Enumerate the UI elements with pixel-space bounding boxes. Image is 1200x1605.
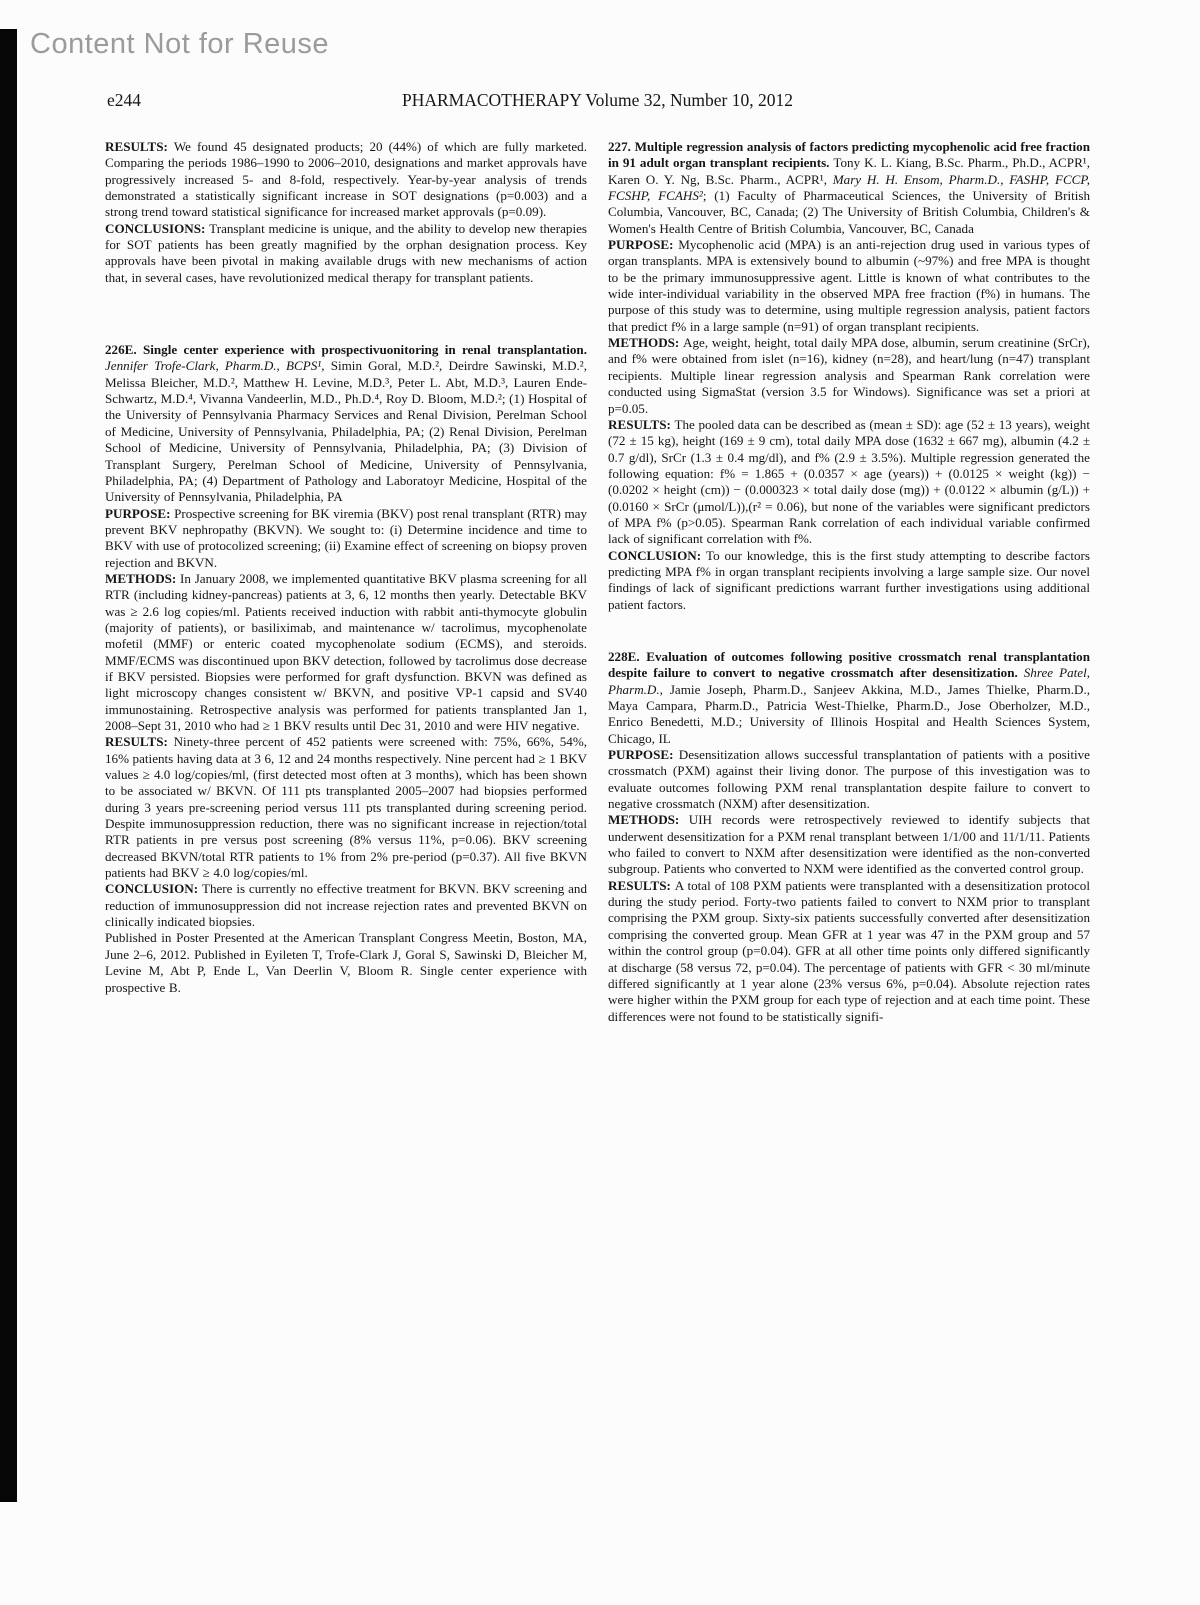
abstract-227-results: RESULTS: The pooled data can be describe… (608, 417, 1090, 548)
scan-edge-bar (0, 29, 17, 1502)
abstract-227-methods: METHODS: Age, weight, height, total dail… (608, 335, 1090, 417)
abstract-225-conclusions: CONCLUSIONS: Transplant medicine is uniq… (105, 221, 587, 286)
abstract-228e-results: RESULTS: A total of 108 PXM patients wer… (608, 878, 1090, 1025)
page-header: e244 PHARMACOTHERAPY Volume 32, Number 1… (105, 90, 1090, 111)
watermark-text: Content Not for Reuse (30, 28, 329, 61)
page-number: e244 (107, 90, 141, 111)
abstract-226e-methods: METHODS: In January 2008, we implemented… (105, 571, 587, 734)
abstract-226e-title-authors: 226E. Single center experience with pros… (105, 342, 587, 505)
abstract-228e-methods: METHODS: UIH records were retrospectivel… (608, 812, 1090, 877)
column-right: 227. Multiple regression analysis of fac… (608, 139, 1090, 1025)
section-gap (105, 286, 587, 342)
journal-title-line: PHARMACOTHERAPY Volume 32, Number 10, 20… (105, 90, 1090, 111)
abstract-227-conclusion: CONCLUSION: To our knowledge, this is th… (608, 548, 1090, 613)
abstract-226e-results: RESULTS: Ninety-three percent of 452 pat… (105, 734, 587, 881)
column-left: RESULTS: We found 45 designated products… (105, 139, 587, 996)
abstract-226e-published-note: Published in Poster Presented at the Ame… (105, 930, 587, 995)
section-gap (608, 613, 1090, 649)
abstract-228e-purpose: PURPOSE: Desensitization allows successf… (608, 747, 1090, 812)
abstract-227-title-authors: 227. Multiple regression analysis of fac… (608, 139, 1090, 237)
journal-page: Content Not for Reuse e244 PHARMACOTHERA… (0, 0, 1200, 1605)
abstract-227-purpose: PURPOSE: Mycophenolic acid (MPA) is an a… (608, 237, 1090, 335)
abstract-226e-purpose: PURPOSE: Prospective screening for BK vi… (105, 506, 587, 571)
abstract-226e-conclusion: CONCLUSION: There is currently no effect… (105, 881, 587, 930)
abstract-228e-title-authors: 228E. Evaluation of outcomes following p… (608, 649, 1090, 747)
abstract-225-results: RESULTS: We found 45 designated products… (105, 139, 587, 221)
